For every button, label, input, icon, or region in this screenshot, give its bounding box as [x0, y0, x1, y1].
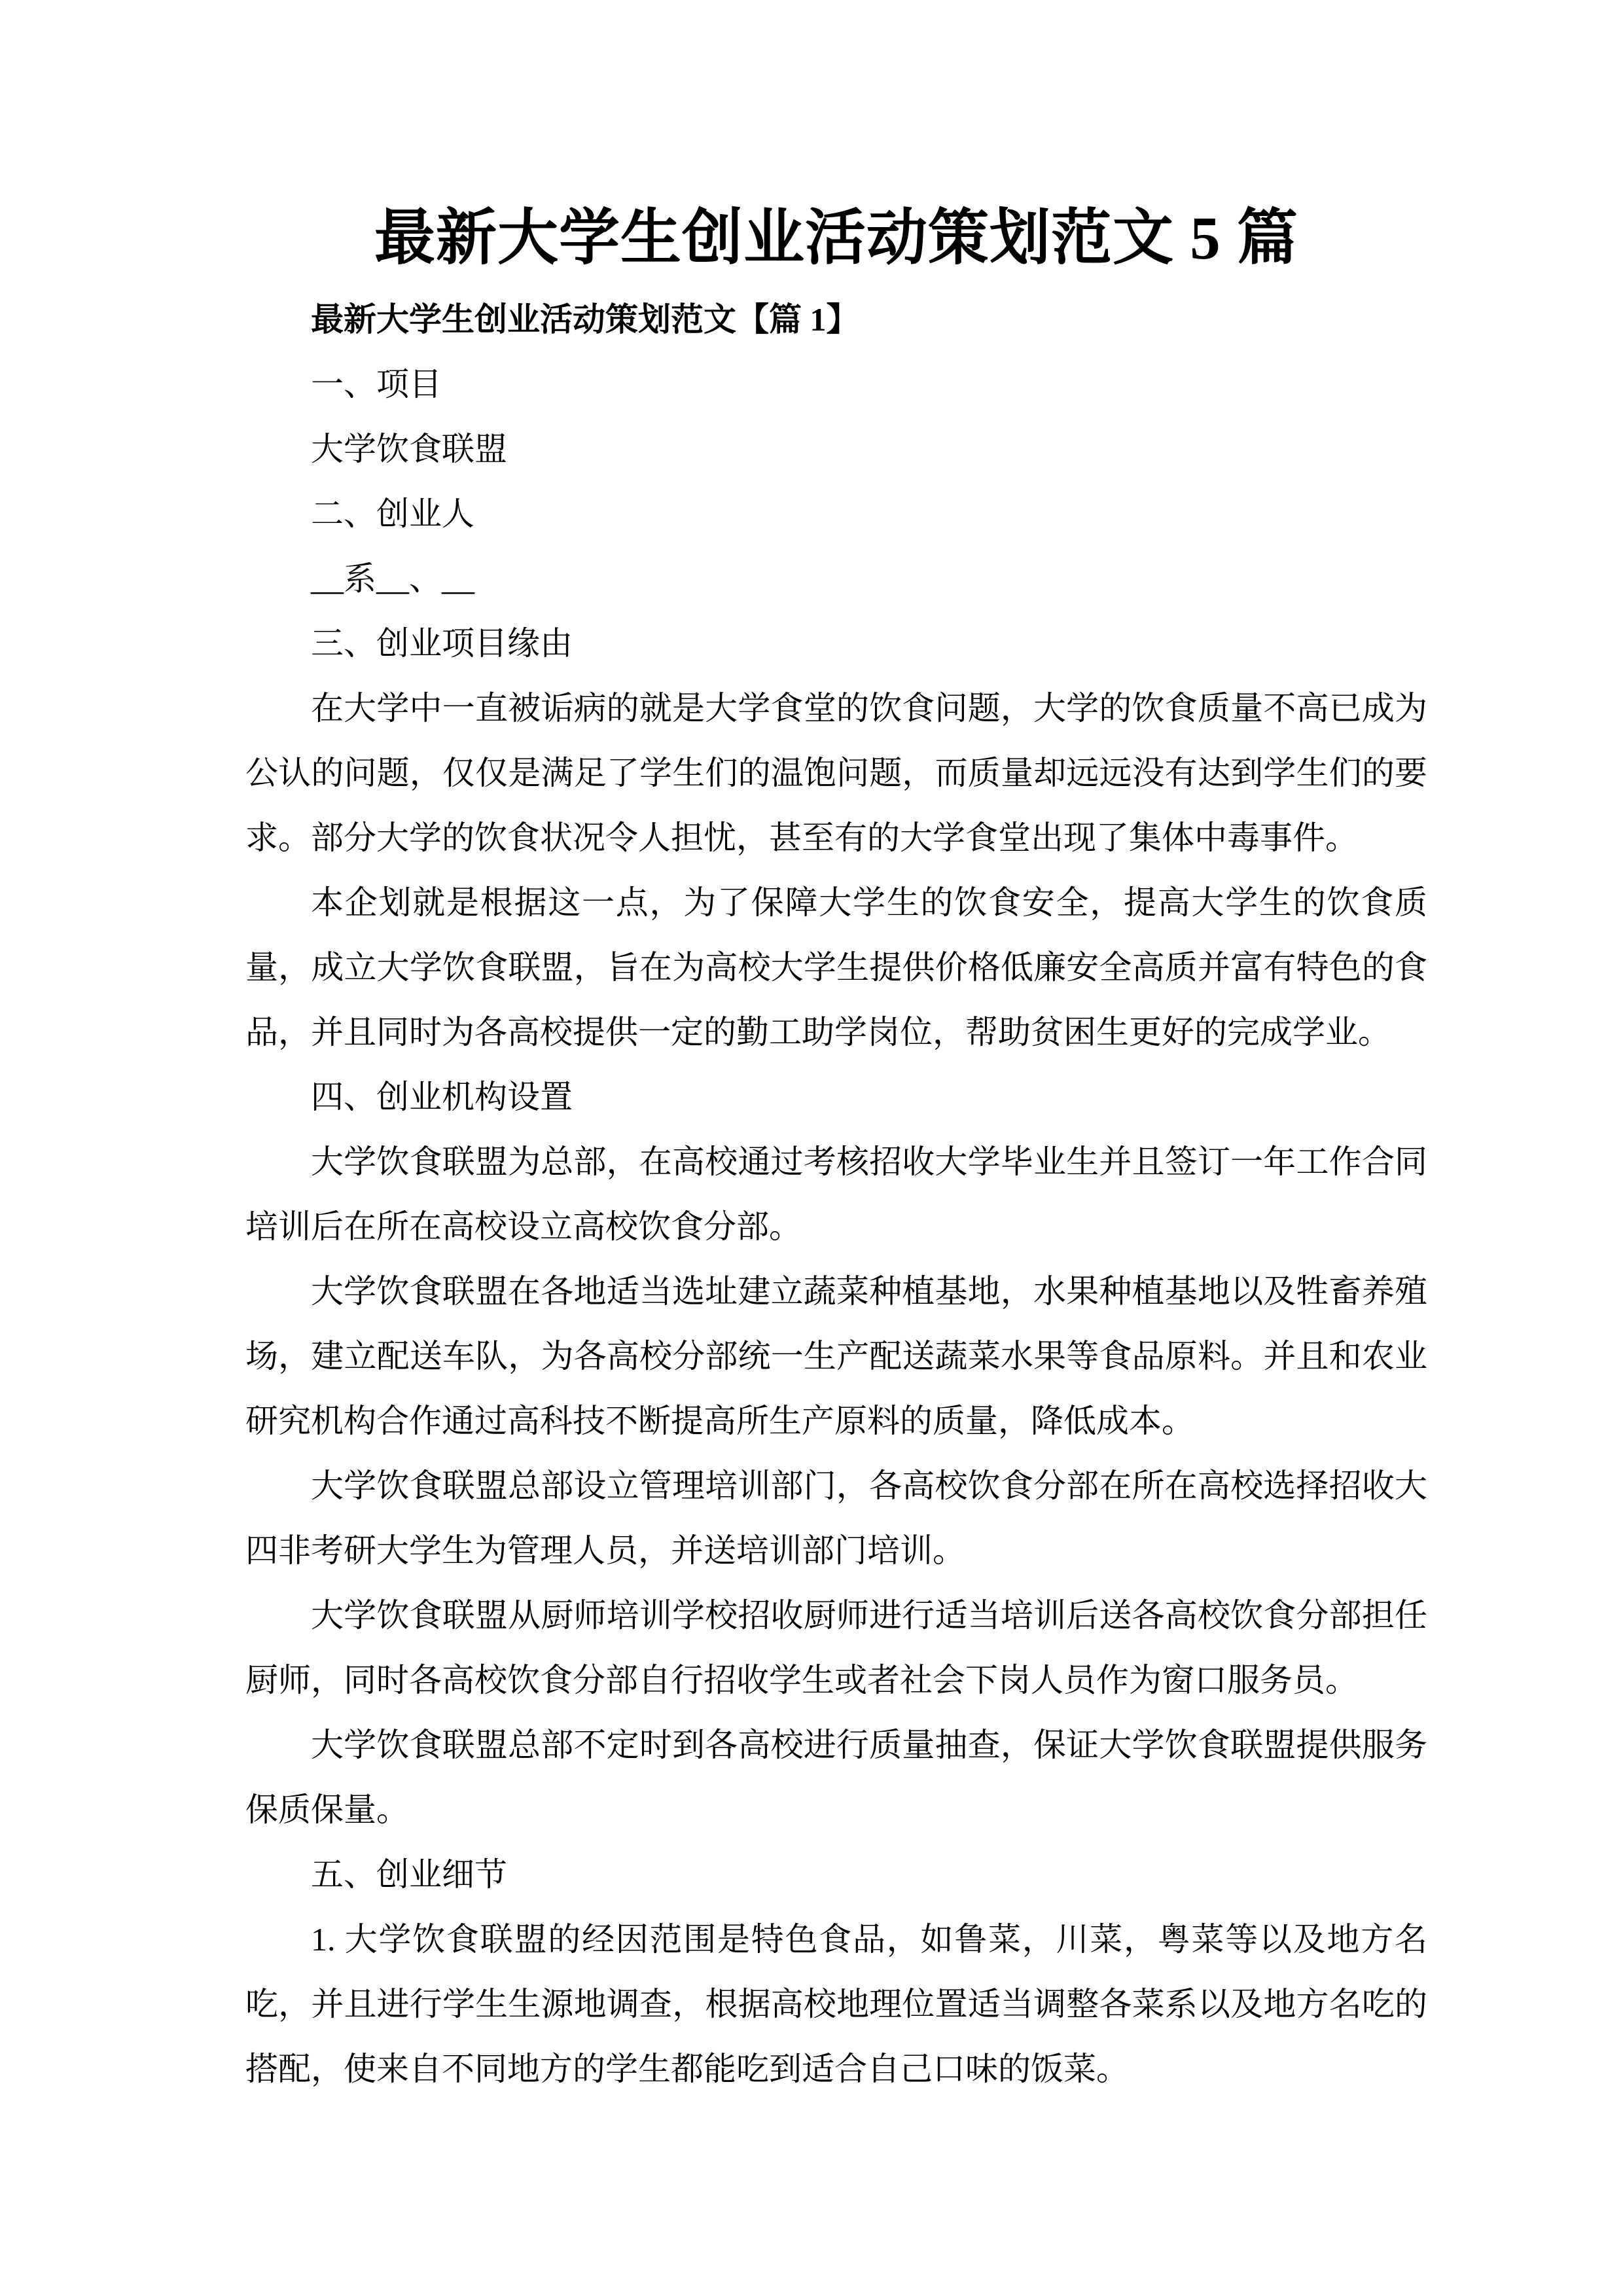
- doc-subtitle: 最新大学生创业活动策划范文【篇 1】: [245, 287, 1427, 352]
- project-name-line: 大学饮食联盟: [245, 417, 1427, 482]
- section-heading-3: 三、创业项目缘由: [245, 611, 1427, 676]
- section-heading-2: 二、创业人: [245, 482, 1427, 547]
- body-paragraph: 大学饮食联盟从厨师培训学校招收厨师进行适当培训后送各高校饮食分部担任厨师，同时各…: [245, 1583, 1427, 1713]
- body-paragraph: 大学饮食联盟总部设立管理培训部门，各高校饮食分部在所在高校选择招收大四非考研大学…: [245, 1454, 1427, 1583]
- body-paragraph: 本企划就是根据这一点，为了保障大学生的饮食安全，提高大学生的饮食质量，成立大学饮…: [245, 870, 1427, 1065]
- founder-blanks-line: __系__、__: [245, 547, 1427, 611]
- document-page: 最新大学生创业活动策划范文 5 篇 最新大学生创业活动策划范文【篇 1】 一、项…: [0, 0, 1623, 2296]
- body-paragraph: 大学饮食联盟为总部，在高校通过考核招收大学毕业生并且签订一年工作合同培训后在所在…: [245, 1130, 1427, 1259]
- section-heading-1: 一、项目: [245, 352, 1427, 417]
- document-body: 最新大学生创业活动策划范文【篇 1】 一、项目 大学饮食联盟 二、创业人 __系…: [245, 287, 1427, 2102]
- body-paragraph: 在大学中一直被诟病的就是大学食堂的饮食问题，大学的饮食质量不高已成为公认的问题，…: [245, 676, 1427, 870]
- numbered-item-1: 1. 大学饮食联盟的经因范围是特色食品，如鲁菜，川菜，粤菜等以及地方名吃，并且进…: [245, 1907, 1427, 2102]
- section-heading-5: 五、创业细节: [245, 1842, 1427, 1907]
- section-heading-4: 四、创业机构设置: [245, 1065, 1427, 1130]
- document-title: 最新大学生创业活动策划范文 5 篇: [245, 208, 1427, 269]
- body-paragraph: 大学饮食联盟在各地适当选址建立蔬菜种植基地，水果种植基地以及牲畜养殖场，建立配送…: [245, 1259, 1427, 1454]
- body-paragraph: 大学饮食联盟总部不定时到各高校进行质量抽查，保证大学饮食联盟提供服务保质保量。: [245, 1713, 1427, 1842]
